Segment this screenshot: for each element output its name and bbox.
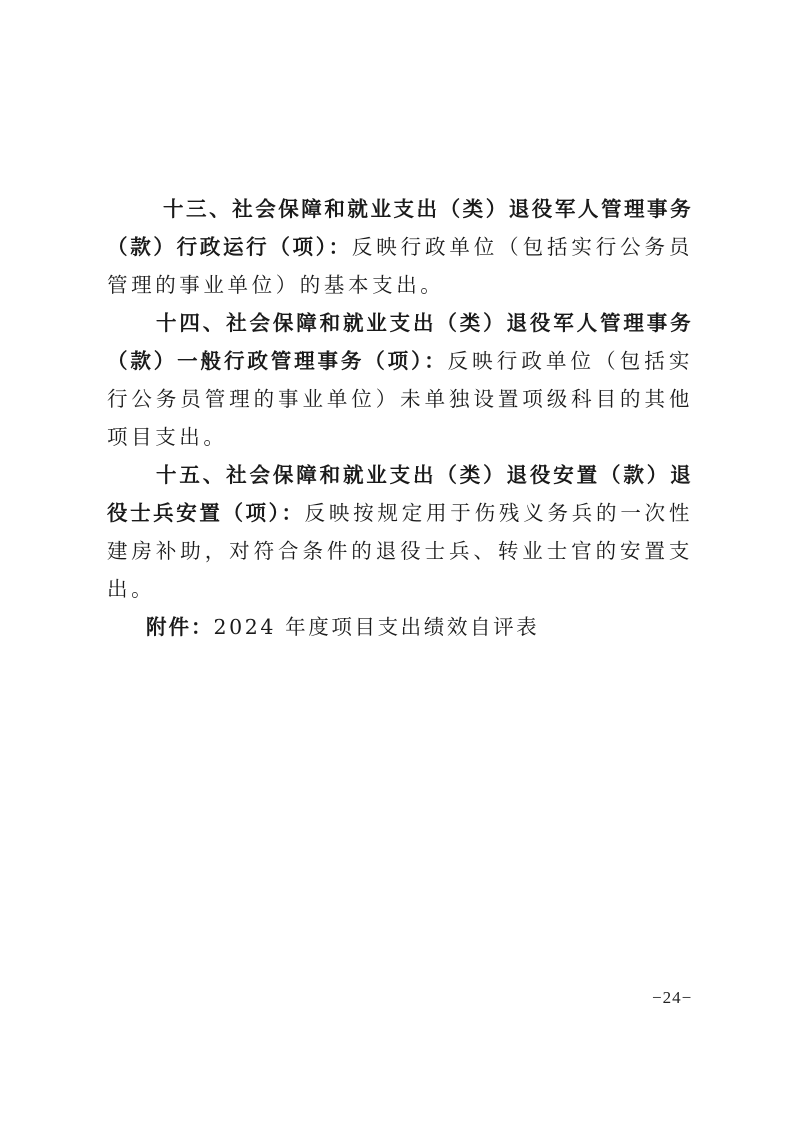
- attachment-label: 附件：: [146, 615, 214, 639]
- paragraph-15: 十五、社会保障和就业支出（类）退役安置（款）退役士兵安置（项）：反映按规定用于伤…: [107, 456, 693, 608]
- document-body: 十三、社会保障和就业支出（类）退役军人管理事务（款）行政运行（项）：反映行政单位…: [107, 190, 693, 646]
- page-number: −24−: [652, 988, 692, 1008]
- paragraph-14: 十四、社会保障和就业支出（类）退役军人管理事务（款）一般行政管理事务（项）：反映…: [107, 304, 693, 456]
- attachment-line: 附件：2024 年度项目支出绩效自评表: [107, 608, 693, 646]
- document-page: 十三、社会保障和就业支出（类）退役军人管理事务（款）行政运行（项）：反映行政单位…: [0, 0, 793, 1122]
- paragraph-13: 十三、社会保障和就业支出（类）退役军人管理事务（款）行政运行（项）：反映行政单位…: [107, 190, 693, 304]
- attachment-text: 2024 年度项目支出绩效自评表: [214, 615, 540, 639]
